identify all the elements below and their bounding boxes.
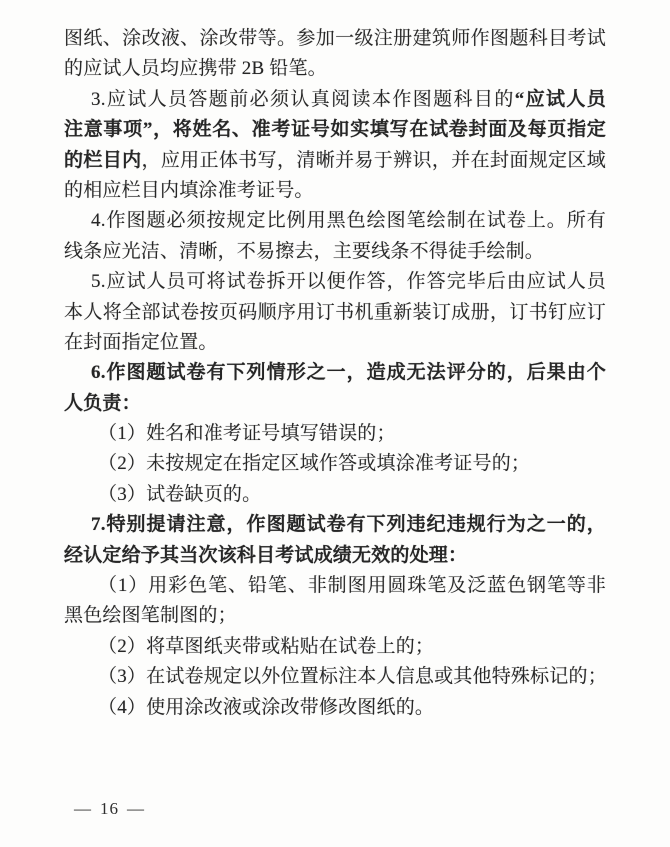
text-line: （1）用彩色笔、铅笔、非制图用圆珠笔及泛蓝色钢笔等非 (64, 571, 606, 601)
text-line: 3.应试人员答题前必须认真阅读本作图题科目的“应试人员 (64, 85, 606, 115)
text-segment: 3.应试人员答题前必须认真阅读本作图题科目的 (91, 89, 515, 110)
text-segment: 的应试人员均应携带 2B 铅笔。 (64, 58, 327, 79)
text-segment: （1）姓名和准考证号填写错误的； (98, 423, 396, 444)
text-line: （3）试卷缺页的。 (64, 480, 606, 510)
text-segment: ，应用正体书写，清晰并易于辨识，并在封面规定区域 (141, 150, 606, 171)
text-segment: （1）用彩色笔、铅笔、非制图用圆珠笔及泛蓝色钢笔等非 (98, 575, 606, 596)
text-segment: 图纸、涂改液、涂改带等。参加一级注册建筑师作图题科目考试 (64, 28, 606, 49)
text-line: 本人将全部试卷按页码顺序用订书机重新装订成册，订书钉应订 (64, 298, 606, 328)
text-segment: 的相应栏目内填涂准考证号。 (64, 180, 314, 201)
text-line: 注意事项”，将姓名、准考证号如实填写在试卷封面及每页指定 (64, 115, 606, 145)
text-segment-bold: “应试人员 (515, 89, 606, 110)
text-line: （2）未按规定在指定区域作答或填涂准考证号的； (64, 449, 606, 479)
text-segment: 线条应光洁、清晰，不易擦去，主要线条不得徒手绘制。 (64, 241, 544, 262)
text-segment: （3）试卷缺页的。 (98, 484, 261, 505)
text-segment-bold: 经认定给予其当次该科目考试成绩无效的处理： (64, 545, 467, 566)
text-segment: （4）使用涂改液或涂改带修改图纸的。 (98, 697, 434, 718)
text-line: 的栏目内，应用正体书写，清晰并易于辨识，并在封面规定区域 (64, 146, 606, 176)
text-segment: 5.应试人员可将试卷拆开以便作答，作答完毕后由应试人员 (91, 271, 606, 292)
text-line: 黑色绘图笔制图的； (64, 601, 606, 631)
text-line: 4.作图题必须按规定比例用黑色绘图笔绘制在试卷上。所有 (64, 206, 606, 236)
text-segment: 4.作图题必须按规定比例用黑色绘图笔绘制在试卷上。所有 (91, 210, 606, 231)
text-line: （4）使用涂改液或涂改带修改图纸的。 (64, 693, 606, 723)
text-segment-bold: 6.作图题试卷有下列情形之一，造成无法评分的，后果由个 (91, 362, 606, 383)
text-line: （2）将草图纸夹带或粘贴在试卷上的； (64, 632, 606, 662)
text-segment-bold: 的栏目内 (64, 150, 141, 171)
text-line: 线条应光洁、清晰，不易擦去，主要线条不得徒手绘制。 (64, 237, 606, 267)
page-number-right-dash: — (127, 799, 145, 818)
text-line: 人负责： (64, 389, 606, 419)
text-line: 5.应试人员可将试卷拆开以便作答，作答完毕后由应试人员 (64, 267, 606, 297)
text-segment: 黑色绘图笔制图的； (64, 605, 237, 626)
page-number: —16— (74, 799, 145, 819)
text-segment-bold: 7.特别提请注意，作图题试卷有下列违纪违规行为之一的， (91, 514, 606, 535)
text-line: （1）姓名和准考证号填写错误的； (64, 419, 606, 449)
text-line: 经认定给予其当次该科目考试成绩无效的处理： (64, 541, 606, 571)
text-segment: 在封面指定位置。 (64, 332, 218, 353)
text-segment-bold: 人负责： (64, 393, 141, 414)
page-number-value: 16 (92, 799, 127, 818)
document-page: 图纸、涂改液、涂改带等。参加一级注册建筑师作图题科目考试 的应试人员均应携带 2… (0, 0, 670, 847)
text-line: 7.特别提请注意，作图题试卷有下列违纪违规行为之一的， (64, 510, 606, 540)
text-line: 在封面指定位置。 (64, 328, 606, 358)
text-segment: 本人将全部试卷按页码顺序用订书机重新装订成册，订书钉应订 (64, 302, 606, 323)
text-line: 6.作图题试卷有下列情形之一，造成无法评分的，后果由个 (64, 358, 606, 388)
text-line: 的相应栏目内填涂准考证号。 (64, 176, 606, 206)
text-segment: （2）将草图纸夹带或粘贴在试卷上的； (98, 636, 434, 657)
page-number-left-dash: — (74, 799, 92, 818)
text-line: （3）在试卷规定以外位置标注本人信息或其他特殊标记的； (64, 662, 606, 692)
text-line: 图纸、涂改液、涂改带等。参加一级注册建筑师作图题科目考试 (64, 24, 606, 54)
text-segment: （3）在试卷规定以外位置标注本人信息或其他特殊标记的； (98, 666, 607, 687)
text-block: 图纸、涂改液、涂改带等。参加一级注册建筑师作图题科目考试 的应试人员均应携带 2… (64, 24, 606, 723)
text-line: 的应试人员均应携带 2B 铅笔。 (64, 54, 606, 84)
text-segment-bold: 注意事项”，将姓名、准考证号如实填写在试卷封面及每页指定 (64, 119, 606, 140)
text-segment: （2）未按规定在指定区域作答或填涂准考证号的； (98, 453, 530, 474)
